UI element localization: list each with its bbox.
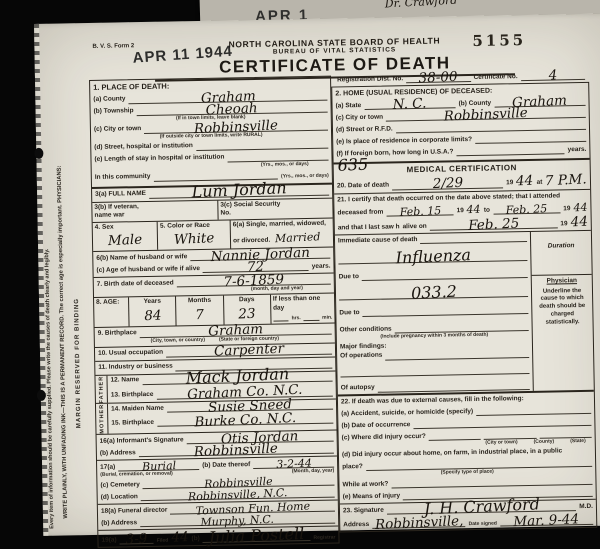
age-months-label: Months [178, 297, 220, 306]
filed-year-value: 44 [171, 531, 189, 544]
informant-addr-line: Robbinsville [139, 445, 334, 458]
city-value: Robbinsville [194, 119, 279, 135]
age-label-cell: 8. AGE: [94, 297, 129, 326]
cause-left: Immediate cause of death Influenza Due t… [335, 232, 534, 394]
form-number: B. V. S. Form 2 [92, 43, 134, 50]
home-street-line [396, 121, 586, 133]
section-home: 2. HOME (USUAL RESIDENCE) OF DECEASED: (… [332, 83, 589, 165]
certify-from-value: Feb. 15 [399, 206, 441, 218]
operations-label: Of operations [340, 352, 382, 361]
row-filed: 19(a) 3-9 Filed 44 (b) Julia Postell Reg… [98, 526, 338, 547]
disposition-num: 17(a) [100, 463, 115, 472]
age-years-cell: Years 84 [128, 297, 176, 326]
funeral-addr-label: (b) Address [101, 519, 137, 528]
age-label: 8. AGE: [96, 298, 126, 307]
due-to-line-1 [362, 269, 528, 281]
row-disposition: 17(a)Burial(b) Date thereof3-2-44 (Buria… [97, 456, 338, 504]
where-line-3 [539, 429, 591, 439]
due-to-label-2: Due to [339, 309, 359, 318]
where-label: (c) Where did injury occur? [342, 432, 426, 442]
age-days-cell: Days 23 [223, 295, 271, 324]
punch-hole [34, 148, 43, 159]
physician-label: Physician [535, 277, 589, 286]
cemetery-line: Robbinsville [143, 477, 335, 490]
mother-birthplace-label: 15. Birthplace [111, 419, 154, 428]
sex-value: Male [108, 234, 143, 248]
community-note: (Yrs., mos., or days) [281, 172, 329, 179]
dod-date-value: 2/29 [432, 177, 463, 190]
right-column: Registration Dist. No. 38-00 Certificate… [331, 71, 597, 533]
major-findings-label: Major findings: [340, 343, 387, 352]
funeral-addr-line: Murphy, N.C. [140, 515, 335, 528]
informant-addr-value: Robbinsville [194, 442, 279, 458]
community-label: In this community [95, 173, 151, 182]
section-external-causes: 22. If death was due to external causes,… [338, 391, 596, 505]
disposition-method-value: Burial [142, 461, 176, 472]
date-signed-value: Mar. 9-44 [513, 513, 579, 528]
medical-code-annotation: 635 [337, 158, 368, 174]
race-cell: 5. Color or Race White [157, 220, 230, 250]
marital-value: Married [275, 232, 321, 244]
certify-to-year-prefix: 19 [563, 205, 570, 214]
county-label: (a) County [93, 96, 125, 105]
physician-addr-line: Robbinsville, [372, 519, 465, 530]
marital-cell: 6(a) Single, married, widowed, or divorc… [230, 218, 333, 248]
birthplace-value: Graham [208, 324, 263, 339]
autopsy-label: Of autopsy [341, 384, 375, 393]
sex-label: 4. Sex [95, 222, 155, 232]
fullname-label: 3(a) FULL NAME [95, 190, 146, 199]
margin-note-permanent-record: WRITE PLAINLY, WITH UNFADING INK—THIS IS… [56, 119, 69, 519]
certify-from-year-prefix: 19 [457, 207, 464, 216]
cemetery-label: (c) Cemetery [100, 481, 140, 490]
veteran-cell: 3(b) If veteran, name war [92, 200, 217, 221]
spouse-label: 6(b) Name of husband or wife [96, 253, 187, 263]
home-years-suffix: years. [568, 146, 587, 155]
autopsy-line [378, 381, 530, 393]
stay-line [227, 151, 328, 162]
race-label: 5. Color or Race [160, 221, 228, 231]
home-city-label: (c) City or town [336, 113, 383, 122]
dod-label: 20. Date of death [337, 182, 389, 191]
cert-no-label: Certificate No. [473, 73, 517, 82]
while-at-work-line [391, 476, 592, 489]
ssn-cell: 3(c) Social Security No. [217, 198, 332, 219]
filing-num: 19(a) [101, 536, 116, 545]
father-side-label: FATHER [98, 375, 105, 403]
industry-label: 11. Industry or business [98, 363, 173, 373]
father-name-label: 12. Name [110, 376, 139, 385]
age-years-value: 84 [144, 309, 162, 322]
filed-date-value: 3-9 [126, 533, 148, 546]
certify-to-year: 44 [573, 203, 587, 214]
cert-no-value: 4 [548, 69, 557, 82]
spouse-age-label: (c) Age of husband or wife if alive [96, 265, 200, 275]
home-state-value: N. C. [393, 97, 427, 111]
fullname-line: Lum Jordan [149, 186, 329, 198]
township-label: (b) Township [94, 108, 134, 117]
punch-hole [37, 390, 46, 401]
spouse-age-value: 72 [247, 261, 265, 274]
occupation-label: 10. Usual occupation [98, 349, 163, 359]
right-box: 2. HOME (USUAL RESIDENCE) OF DECEASED: (… [331, 82, 597, 533]
where-line-1 [429, 431, 481, 441]
doctor-annotation: Dr. Crawford [385, 0, 458, 9]
operations-line [385, 349, 529, 361]
immediate-cause-line [420, 233, 527, 244]
filed-date-line: 3-9 [120, 535, 154, 545]
reg-dist-value: 38-00 [419, 71, 458, 85]
cause-value: Influenza [395, 248, 471, 266]
where-note-city: (City or town) [485, 439, 517, 446]
form-body: 1. PLACE OF DEATH: (a) CountyGraham (b) … [89, 71, 597, 548]
ssn-label2: No. [220, 208, 330, 218]
physician-underline-note: Underline the cause to which death shoul… [535, 287, 590, 327]
certificate-paper: Every item of information should be care… [34, 13, 600, 535]
home-city-value: Robbinsville [444, 107, 529, 123]
certify-from-line: Feb. 15 [386, 206, 453, 216]
age-days-label: Days [226, 296, 268, 305]
filing-b-label: (b) [191, 535, 199, 544]
last-saw-year-prefix: 19 [560, 220, 567, 229]
accident-label: (a) Accident, suicide, or homicide (spec… [341, 408, 473, 419]
last-saw-label: and that I last saw h [338, 223, 400, 233]
md-label: M.D. [579, 503, 593, 512]
accident-line [476, 405, 591, 416]
operations-line-2 [340, 365, 529, 377]
due-to-label-1: Due to [339, 273, 359, 282]
home-state-line: N. C. [364, 99, 456, 110]
external-heading: 22. If death was due to external causes,… [341, 393, 591, 406]
street-line [196, 139, 329, 150]
scanned-death-certificate: APR 1 Dr. Crawford Every item of informa… [0, 0, 600, 549]
certify-from-label: deceased from [337, 208, 383, 217]
dod-date-line: 2/29 [392, 179, 503, 190]
alive-label: alive on [402, 222, 426, 231]
birthdate-value: 7-6-1859 [223, 274, 284, 289]
mother-block: MOTHER 14. Maiden NameSusie Sneed 15. Bi… [96, 400, 337, 435]
father-side-label-cell: FATHER [95, 375, 108, 403]
disposition-method-line: Burial [118, 461, 199, 471]
physician-note-cell: Physician Underline the cause to which d… [532, 275, 594, 391]
filed-label: Filed [157, 538, 169, 544]
dod-year-prefix: 19 [506, 179, 513, 188]
immediate-cause-label: Immediate cause of death [338, 236, 418, 246]
certify-from-year: 44 [467, 205, 481, 216]
certify-to-label: to [484, 206, 490, 215]
mother-name-line: Susie Sneed [167, 401, 333, 413]
father-birthplace-label: 13. Birthplace [111, 391, 154, 400]
last-saw-value: Feb. 25 [468, 217, 520, 231]
cause-code-value: 033.2 [410, 284, 456, 300]
reg-dist-line: 38-00 [406, 73, 471, 83]
registrar-label: Registrar [313, 535, 335, 541]
duration-label: Duration [548, 242, 575, 249]
spouse-age-suffix: years. [312, 262, 331, 271]
mother-birthplace-line: Burke Co. N.C. [157, 415, 333, 427]
due-to-line-2 [362, 305, 528, 317]
where-note-state: (State) [570, 438, 586, 444]
mother-name-label: 14. Maiden Name [111, 404, 164, 413]
location-label: (d) Location [101, 493, 138, 502]
informant-sig-label: 16(a) Informant's Signature [100, 436, 184, 446]
physician-addr-value: Robbinsville, [374, 515, 463, 531]
injury-place-label2: place? [342, 463, 363, 472]
spouse-age-line: 72 [203, 262, 309, 273]
physician-sig-label: 23. Signature [343, 507, 384, 516]
reg-dist-label: Registration Dist. No. [337, 75, 403, 85]
race-value: White [174, 232, 215, 246]
age-years-label: Years [131, 298, 173, 307]
occurrence-label: (b) Date of occurrence [341, 421, 410, 431]
birthplace-label: 9. Birthplace [98, 329, 137, 338]
serial-number: 5155 [472, 31, 526, 50]
age-months-cell: Months 7 [175, 296, 223, 325]
certify-line1: 21. I certify that death occurred on the… [337, 192, 587, 205]
cause-of-death-table: Immediate cause of death Influenza Due t… [335, 231, 594, 396]
registrar-sig-value: Julia Postell [209, 527, 305, 546]
margin-note-binding: MARGIN RESERVED FOR BINDING [72, 248, 82, 428]
code-line: 033.2 [339, 288, 528, 300]
certify-to-line: Feb. 25 [493, 204, 560, 214]
home-state-label: (a) State [335, 102, 361, 111]
sex-cell: 4. Sex Male [93, 221, 158, 251]
age-hrs-label: hrs. [292, 315, 301, 321]
physician-addr-label: Address [343, 521, 369, 530]
disposition-date-value: 3-2-44 [276, 459, 312, 470]
age-less-cell: If less than one day hrs.min. [270, 294, 335, 324]
funeral-director-label: 18(a) Funeral director [101, 506, 168, 516]
marital-label2: or divorced. [233, 237, 270, 245]
date-signed-label: Date signed [469, 521, 497, 528]
birthplace-note1: (City, town, or country) [151, 336, 205, 343]
home-foreign-line [456, 145, 564, 156]
age-min-label: min. [322, 315, 332, 321]
age-less-label: If less than one day [273, 295, 332, 313]
home-corporate-label: (e) Is place of residence in corporate l… [336, 136, 472, 147]
age-months-value: 7 [195, 308, 204, 321]
dod-year-value: 44 [516, 175, 534, 188]
age-days-value: 23 [238, 307, 256, 320]
registrar-line: Julia Postell [203, 532, 311, 543]
informant-addr-label: (b) Address [100, 449, 136, 458]
dod-time-value: 7 P.M. [545, 174, 587, 188]
date-signed-line: Mar. 9-44 [500, 516, 593, 527]
where-line-2 [484, 430, 536, 440]
mother-birthplace-value: Burke Co. N.C. [194, 412, 296, 429]
disposition-date-line: 3-2-44 [253, 459, 334, 469]
township-value: Cheoah [206, 102, 258, 116]
occupation-value: Carpenter [214, 343, 285, 358]
mother-side-label: MOTHER [98, 404, 105, 434]
last-saw-line: Feb. 25 [430, 220, 558, 231]
dod-at-label: at [537, 179, 543, 188]
last-saw-year: 44 [570, 216, 588, 229]
cause-value-line: Influenza [338, 252, 527, 264]
street-label: (d) Street, hospital or institution [94, 142, 193, 152]
disposition-date-label: (b) Date thereof [202, 461, 250, 470]
birthdate-label: 7. Birth date of deceased [97, 279, 174, 289]
left-column: 1. PLACE OF DEATH: (a) CountyGraham (b) … [89, 76, 340, 548]
while-at-work-label: While at work? [342, 481, 388, 490]
city-label: (c) City or town [94, 125, 141, 134]
veteran-label2: name war [94, 210, 215, 221]
row-certify: 21. I certify that death occurred on the… [334, 189, 591, 235]
section-physician-signature: 23. SignatureJ. H. CrawfordM.D. AddressR… [340, 500, 596, 532]
home-corporate-line [475, 133, 586, 144]
certify-to-value: Feb. 25 [506, 204, 548, 216]
mother-side-label-cell: MOTHER [96, 404, 109, 434]
injury-place-label: (d) Did injury occur about home, on farm… [342, 447, 592, 460]
cause-right: Duration Physician Underline the cause t… [531, 231, 594, 391]
duration-cell: Duration [531, 231, 592, 276]
cert-no-line: 4 [521, 71, 586, 81]
section-place-of-death: 1. PLACE OF DEATH: (a) CountyGraham (b) … [90, 77, 332, 189]
where-note-county: (County) [534, 439, 555, 445]
occurrence-line [413, 417, 591, 429]
home-street-label: (d) Street or R.F.D. [336, 125, 393, 134]
fullname-value: Lum Jordan [191, 182, 287, 201]
marital-label: 6(a) Single, married, widowed, [233, 219, 331, 229]
means-of-injury-label: (e) Means of injury [343, 492, 401, 501]
occupation-line: Carpenter [166, 345, 332, 357]
